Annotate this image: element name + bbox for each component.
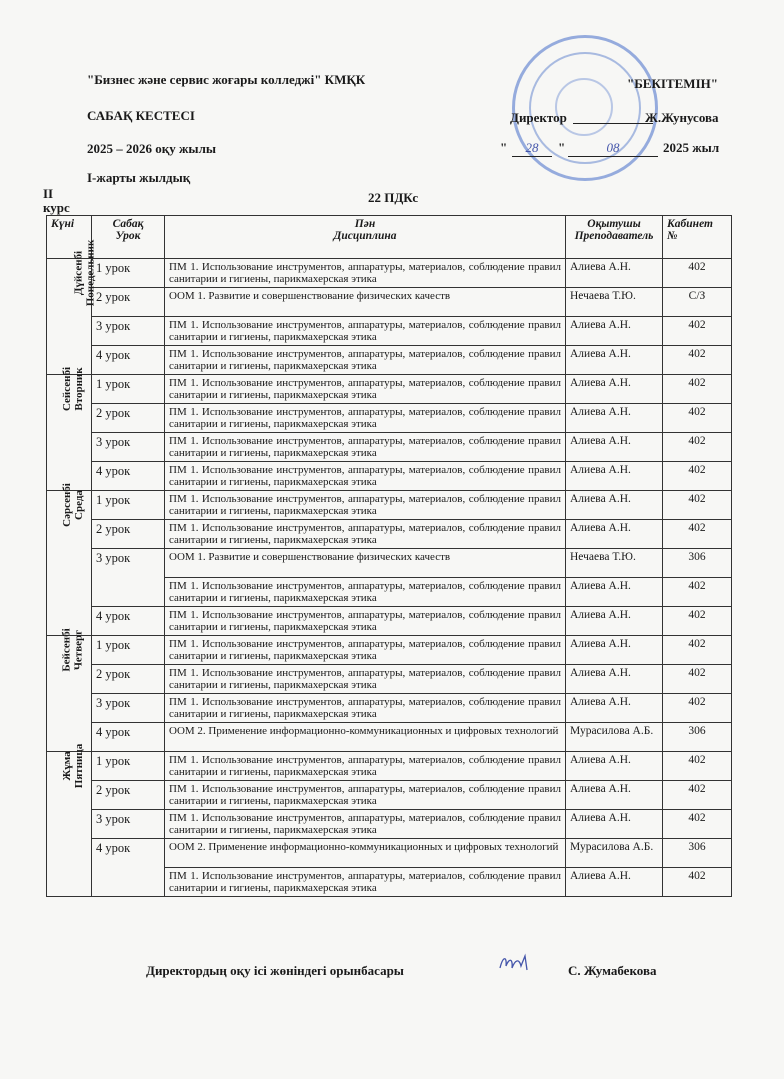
header-lesson: Сабақ Урок	[92, 216, 165, 259]
room-cell: 402	[663, 868, 732, 897]
teacher-cell: Алиева А.Н.	[566, 317, 663, 346]
teacher-cell: Алиева А.Н.	[566, 607, 663, 636]
header-room: Кабинет №	[663, 216, 732, 259]
teacher-cell: Алиева А.Н.	[566, 752, 663, 781]
deputy-signature	[497, 952, 537, 974]
table-header-row: Күні Сабақ Урок Пән Дисциплина Оқытушы П…	[47, 216, 732, 259]
document-title: САБАҚ КЕСТЕСІ	[87, 108, 195, 124]
lesson-cell: 1 урок	[92, 259, 165, 288]
subject-cell: ПМ 1. Использование инструментов, аппара…	[165, 694, 566, 723]
course-label: ІІ курс	[43, 187, 70, 215]
table-row: 2 урокПМ 1. Использование инструментов, …	[47, 665, 732, 694]
deputy-director-role: Директордың оқу ісі жөніндегі орынбасары	[146, 963, 404, 979]
subject-cell: ПМ 1. Использование инструментов, аппара…	[165, 433, 566, 462]
teacher-cell: Алиева А.Н.	[566, 578, 663, 607]
room-cell: 402	[663, 636, 732, 665]
subject-cell: ПМ 1. Использование инструментов, аппара…	[165, 781, 566, 810]
date-day: 28	[512, 140, 552, 157]
table-row: 3 урокПМ 1. Использование инструментов, …	[47, 317, 732, 346]
table-row: 2 урокООМ 1. Развитие и совершенствовани…	[47, 288, 732, 317]
subject-cell: ООМ 2. Применение информационно-коммуник…	[165, 723, 566, 752]
table-row: 4 урокПМ 1. Использование инструментов, …	[47, 346, 732, 375]
group-code: 22 ПДКс	[368, 190, 418, 206]
room-cell: 306	[663, 549, 732, 578]
day-cell: СейсенбіВторник	[47, 375, 92, 491]
table-row: 3 урокПМ 1. Использование инструментов, …	[47, 694, 732, 723]
subject-cell: ПМ 1. Использование инструментов, аппара…	[165, 578, 566, 607]
subject-cell: ООМ 1. Развитие и совершенствование физи…	[165, 288, 566, 317]
subject-cell: ООМ 2. Применение информационно-коммуник…	[165, 839, 566, 868]
teacher-cell: Мурасилова А.Б.	[566, 839, 663, 868]
lesson-cell: 3 урок	[92, 810, 165, 839]
lesson-cell: 2 урок	[92, 404, 165, 433]
room-cell: 402	[663, 781, 732, 810]
teacher-cell: Мурасилова А.Б.	[566, 723, 663, 752]
table-row: СейсенбіВторник1 урокПМ 1. Использование…	[47, 375, 732, 404]
table-row: ЖұмаПятница1 урокПМ 1. Использование инс…	[47, 752, 732, 781]
table-row: 3 урокООМ 1. Развитие и совершенствовани…	[47, 549, 732, 578]
room-cell: 306	[663, 723, 732, 752]
header-teacher: Оқытушы Преподаватель	[566, 216, 663, 259]
room-cell: 402	[663, 346, 732, 375]
day-cell: СәрсенбіСреда	[47, 491, 92, 636]
director-name: Ж.Жунусова	[645, 110, 719, 126]
table-row: 3 урокПМ 1. Использование инструментов, …	[47, 810, 732, 839]
lesson-cell: 3 урок	[92, 694, 165, 723]
lesson-cell: 2 урок	[92, 288, 165, 317]
room-cell: 402	[663, 520, 732, 549]
approval-heading: "БЕКІТЕМІН"	[627, 76, 718, 92]
lesson-cell: 3 урок	[92, 549, 165, 607]
teacher-cell: Нечаева Т.Ю.	[566, 288, 663, 317]
lesson-cell: 2 урок	[92, 520, 165, 549]
subject-cell: ПМ 1. Использование инструментов, аппара…	[165, 520, 566, 549]
day-cell: ЖұмаПятница	[47, 752, 92, 897]
teacher-cell: Алиева А.Н.	[566, 694, 663, 723]
room-cell: 402	[663, 375, 732, 404]
lesson-cell: 1 урок	[92, 752, 165, 781]
organization-name: "Бизнес және сервис жоғары колледжі" КМҚ…	[87, 72, 365, 88]
deputy-director-name: С. Жумабекова	[568, 963, 656, 979]
subject-cell: ООМ 1. Развитие и совершенствование физи…	[165, 549, 566, 578]
teacher-cell: Алиева А.Н.	[566, 346, 663, 375]
lesson-cell: 3 урок	[92, 317, 165, 346]
subject-cell: ПМ 1. Использование инструментов, аппара…	[165, 317, 566, 346]
table-row: ДүйсенбіПонедельник1 урокПМ 1. Использов…	[47, 259, 732, 288]
room-cell: 402	[663, 404, 732, 433]
room-cell: 402	[663, 317, 732, 346]
teacher-cell: Алиева А.Н.	[566, 404, 663, 433]
subject-cell: ПМ 1. Использование инструментов, аппара…	[165, 259, 566, 288]
table-row: 4 урокПМ 1. Использование инструментов, …	[47, 607, 732, 636]
teacher-cell: Алиева А.Н.	[566, 491, 663, 520]
table-row: 2 урокПМ 1. Использование инструментов, …	[47, 404, 732, 433]
table-row: 3 урокПМ 1. Использование инструментов, …	[47, 433, 732, 462]
official-stamp	[512, 35, 658, 181]
room-cell: 402	[663, 665, 732, 694]
teacher-cell: Алиева А.Н.	[566, 462, 663, 491]
room-cell: 402	[663, 259, 732, 288]
table-row: СәрсенбіСреда1 урокПМ 1. Использование и…	[47, 491, 732, 520]
room-cell: 402	[663, 607, 732, 636]
table-row: 4 урокООМ 2. Применение информационно-ко…	[47, 723, 732, 752]
teacher-cell: Алиева А.Н.	[566, 665, 663, 694]
subject-cell: ПМ 1. Использование инструментов, аппара…	[165, 462, 566, 491]
table-row: 2 урокПМ 1. Использование инструментов, …	[47, 781, 732, 810]
subject-cell: ПМ 1. Использование инструментов, аппара…	[165, 752, 566, 781]
lesson-cell: 4 урок	[92, 723, 165, 752]
semester: І-жарты жылдық	[87, 170, 190, 186]
room-cell: 402	[663, 694, 732, 723]
room-cell: С/З	[663, 288, 732, 317]
teacher-cell: Алиева А.Н.	[566, 520, 663, 549]
day-cell: БейсенбіЧетверг	[47, 636, 92, 752]
teacher-cell: Нечаева Т.Ю.	[566, 549, 663, 578]
room-cell: 306	[663, 839, 732, 868]
room-cell: 402	[663, 578, 732, 607]
subject-cell: ПМ 1. Использование инструментов, аппара…	[165, 346, 566, 375]
header-subject: Пән Дисциплина	[165, 216, 566, 259]
room-cell: 402	[663, 491, 732, 520]
room-cell: 402	[663, 810, 732, 839]
subject-cell: ПМ 1. Использование инструментов, аппара…	[165, 491, 566, 520]
date-month: 08	[568, 140, 658, 157]
lesson-cell: 1 урок	[92, 636, 165, 665]
subject-cell: ПМ 1. Использование инструментов, аппара…	[165, 665, 566, 694]
schedule-table: Күні Сабақ Урок Пән Дисциплина Оқытушы П…	[46, 215, 732, 897]
director-label: Директор	[510, 110, 567, 126]
lesson-cell: 4 урок	[92, 346, 165, 375]
table-row: 4 урокООМ 2. Применение информационно-ко…	[47, 839, 732, 868]
lesson-cell: 2 урок	[92, 781, 165, 810]
lesson-cell: 1 урок	[92, 491, 165, 520]
teacher-cell: Алиева А.Н.	[566, 810, 663, 839]
teacher-cell: Алиева А.Н.	[566, 433, 663, 462]
day-cell: ДүйсенбіПонедельник	[47, 259, 92, 375]
subject-cell: ПМ 1. Использование инструментов, аппара…	[165, 868, 566, 897]
course-word: курс	[43, 201, 70, 215]
teacher-cell: Алиева А.Н.	[566, 636, 663, 665]
teacher-cell: Алиева А.Н.	[566, 781, 663, 810]
subject-cell: ПМ 1. Использование инструментов, аппара…	[165, 810, 566, 839]
room-cell: 402	[663, 433, 732, 462]
course-number: ІІ	[43, 187, 70, 201]
lesson-cell: 1 урок	[92, 375, 165, 404]
table-row: 2 урокПМ 1. Использование инструментов, …	[47, 520, 732, 549]
lesson-cell: 4 урок	[92, 839, 165, 897]
teacher-cell: Алиева А.Н.	[566, 259, 663, 288]
academic-year: 2025 – 2026 оқу жылы	[87, 141, 216, 157]
teacher-cell: Алиева А.Н.	[566, 375, 663, 404]
room-cell: 402	[663, 752, 732, 781]
lesson-cell: 3 урок	[92, 433, 165, 462]
subject-cell: ПМ 1. Использование инструментов, аппара…	[165, 636, 566, 665]
schedule-body: ДүйсенбіПонедельник1 урокПМ 1. Использов…	[47, 259, 732, 897]
room-cell: 402	[663, 462, 732, 491]
table-row: БейсенбіЧетверг1 урокПМ 1. Использование…	[47, 636, 732, 665]
subject-cell: ПМ 1. Использование инструментов, аппара…	[165, 404, 566, 433]
teacher-cell: Алиева А.Н.	[566, 868, 663, 897]
subject-cell: ПМ 1. Использование инструментов, аппара…	[165, 375, 566, 404]
lesson-cell: 4 урок	[92, 462, 165, 491]
subject-cell: ПМ 1. Использование инструментов, аппара…	[165, 607, 566, 636]
lesson-cell: 4 урок	[92, 607, 165, 636]
table-row: 4 урокПМ 1. Использование инструментов, …	[47, 462, 732, 491]
date-year: 2025 жыл	[663, 140, 719, 156]
director-signature	[573, 123, 653, 124]
lesson-cell: 2 урок	[92, 665, 165, 694]
